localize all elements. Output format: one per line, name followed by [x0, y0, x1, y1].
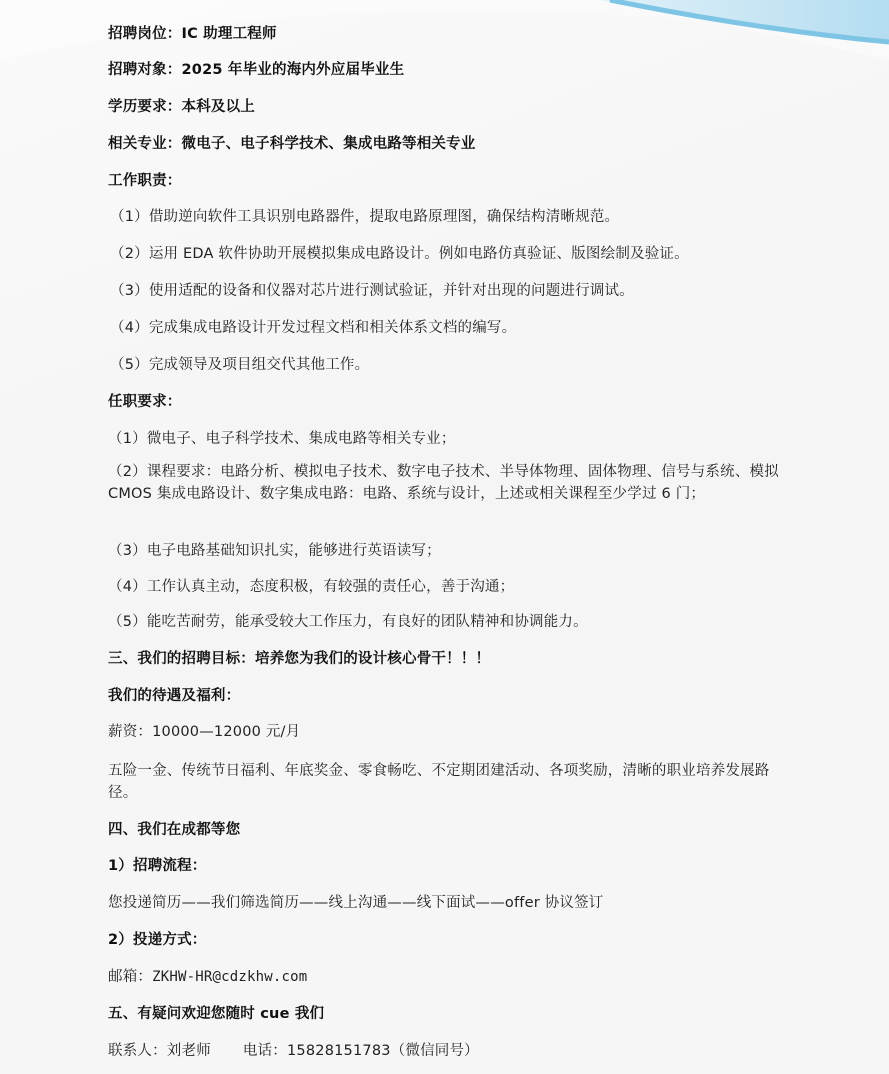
process-steps: 您投递简历——我们筛选简历——线上沟通——线下面试——offer 协议签订 — [108, 892, 603, 914]
target-value: 2025 年毕业的海内外应届毕业生 — [182, 62, 405, 78]
recruitment-goal: 三、我们的招聘目标：培养您为我们的设计核心骨干！！！ — [108, 648, 490, 670]
requirements-title: 任职要求： — [108, 391, 182, 413]
requirement-item: （2）课程要求：电路分析、模拟电子技术、数字电子技术、半导体物理、固体物理、信号… — [108, 461, 798, 505]
salary: 薪资：10000—12000 元/月 — [108, 721, 300, 743]
major-line: 相关专业：微电子、电子科学技术、集成电路等相关专业 — [108, 133, 476, 155]
duties-title: 工作职责： — [108, 170, 182, 192]
section5-title: 五、有疑问欢迎您随时 cue 我们 — [108, 1003, 324, 1025]
education-value: 本科及以上 — [182, 99, 256, 115]
requirement-item: （1）微电子、电子科学技术、集成电路等相关专业； — [108, 428, 456, 450]
position-value: IC 助理工程师 — [182, 26, 277, 42]
duty-item: （2）运用 EDA 软件协助开展模拟集成电路设计。例如电路仿真验证、版图绘制及验… — [110, 243, 689, 265]
major-label: 相关专业： — [108, 136, 182, 152]
duty-item: （4）完成集成电路设计开发过程文档和相关体系文档的编写。 — [110, 317, 516, 339]
education-line: 学历要求：本科及以上 — [108, 96, 255, 118]
major-value: 微电子、电子科学技术、集成电路等相关专业 — [182, 136, 476, 152]
position-label: 招聘岗位： — [108, 26, 182, 42]
requirement-item: （4）工作认真主动，态度积极，有较强的责任心，善于沟通； — [108, 576, 514, 598]
requirement-item: （3）电子电路基础知识扎实，能够进行英语读写； — [108, 540, 441, 562]
target-label: 招聘对象： — [108, 62, 182, 78]
apply-title: 2）投递方式： — [108, 929, 207, 951]
duty-item: （5）完成领导及项目组交代其他工作。 — [110, 354, 369, 376]
contact-person: 联系人：刘老师 — [108, 1043, 211, 1059]
email-line: 邮箱：ZKHW-HR@cdzkhw.com — [108, 966, 307, 988]
contact-line: 联系人：刘老师电话：15828151783（微信同号） — [108, 1040, 479, 1062]
education-label: 学历要求： — [108, 99, 182, 115]
duty-item: （1）借助逆向软件工具识别电路器件，提取电路原理图，确保结构清晰规范。 — [110, 206, 619, 228]
contact-phone: 电话：15828151783（微信同号） — [243, 1043, 479, 1059]
perks: 五险一金、传统节日福利、年底奖金、零食畅吃、不定期团建活动、各项奖励，清晰的职业… — [108, 760, 798, 804]
process-title: 1）招聘流程： — [108, 855, 207, 877]
target-line: 招聘对象：2025 年毕业的海内外应届毕业生 — [108, 59, 404, 81]
email-label: 邮箱： — [108, 969, 152, 985]
requirement-item: （5）能吃苦耐劳，能承受较大工作压力，有良好的团队精神和协调能力。 — [108, 611, 588, 633]
position-line: 招聘岗位：IC 助理工程师 — [108, 23, 277, 45]
section4-title: 四、我们在成都等您 — [108, 819, 240, 841]
benefits-title: 我们的待遇及福利： — [108, 685, 240, 707]
duty-item: （3）使用适配的设备和仪器对芯片进行测试验证，并针对出现的问题进行调试。 — [110, 280, 634, 302]
email-link[interactable]: ZKHW-HR@cdzkhw.com — [152, 969, 307, 985]
